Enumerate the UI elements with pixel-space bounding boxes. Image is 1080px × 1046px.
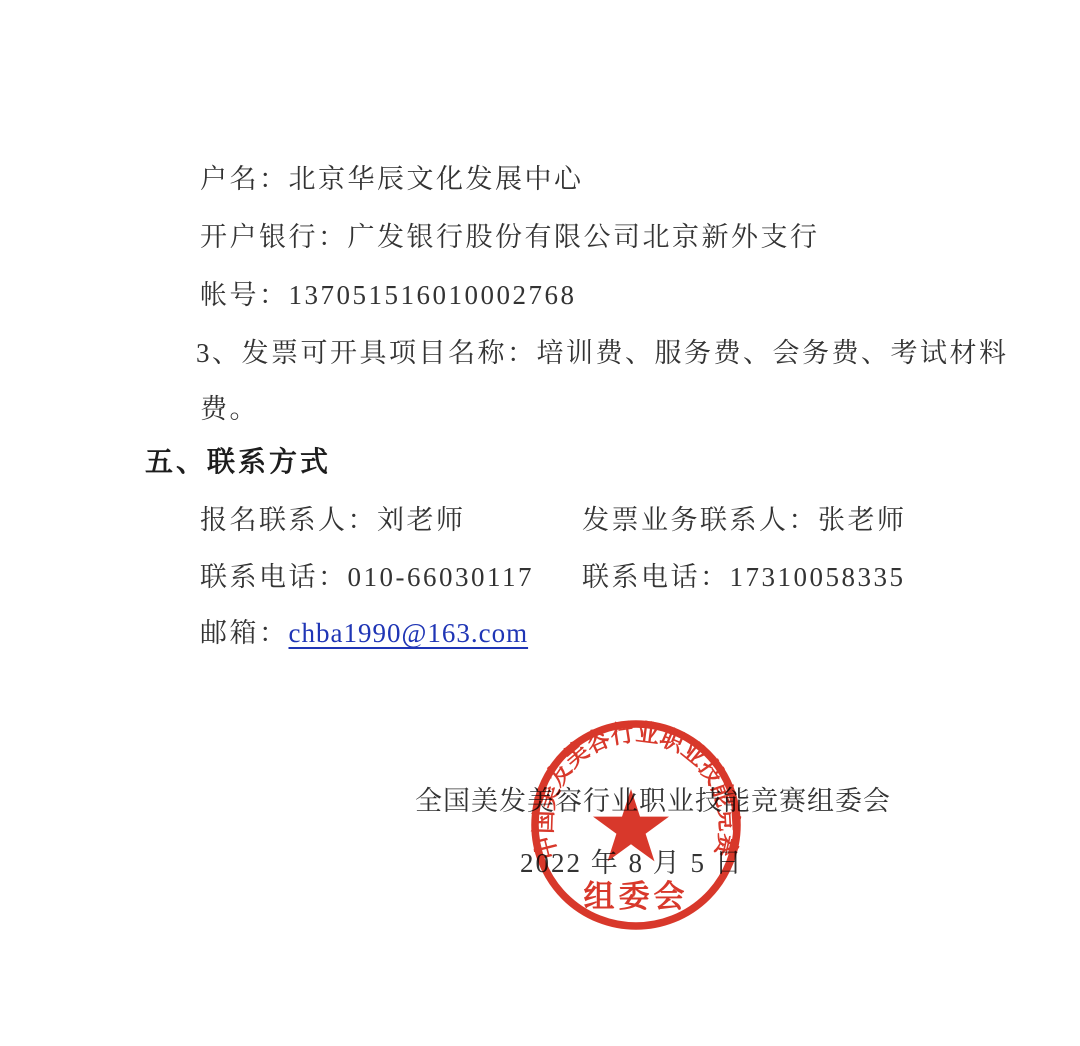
- document-page: 户名：北京华辰文化发展中心 开户银行：广发银行股份有限公司北京新外支行 帐号：1…: [0, 0, 1080, 1046]
- official-seal: 中国美发美容行业职业技能竞赛 组委会: [524, 712, 748, 938]
- invoice-contact: 发票业务联系人：张老师: [582, 498, 907, 537]
- email-label: 邮箱：: [200, 618, 289, 648]
- seal-center-text: 组委会: [584, 879, 689, 914]
- account-number-line: 帐号：137051516010002768: [200, 273, 577, 312]
- bank-branch-line: 开户银行：广发银行股份有限公司北京新外支行: [200, 215, 820, 254]
- invoice-items-line-2: 费。: [200, 387, 259, 426]
- invoice-phone: 联系电话：17310058335: [582, 555, 906, 594]
- seal-ring: [535, 724, 737, 926]
- official-seal-svg: 中国美发美容行业职业技能竞赛 组委会: [524, 712, 748, 938]
- email-link[interactable]: chba1990@163.com: [289, 618, 529, 648]
- email-row: 邮箱：chba1990@163.com: [200, 611, 528, 650]
- account-name-line: 户名：北京华辰文化发展中心: [200, 157, 584, 196]
- contact-section-heading: 五、联系方式: [145, 440, 331, 480]
- registration-contact: 报名联系人：刘老师: [200, 498, 466, 537]
- signature-date: 2022 年 8 月 5 日: [520, 841, 744, 880]
- invoice-items-line-1: 3、发票可开具项目名称：培训费、服务费、会务费、考试材料: [196, 331, 1009, 370]
- signature-org: 全国美发美容行业职业技能竞赛组委会: [415, 779, 891, 818]
- registration-phone: 联系电话：010-66030117: [200, 555, 534, 594]
